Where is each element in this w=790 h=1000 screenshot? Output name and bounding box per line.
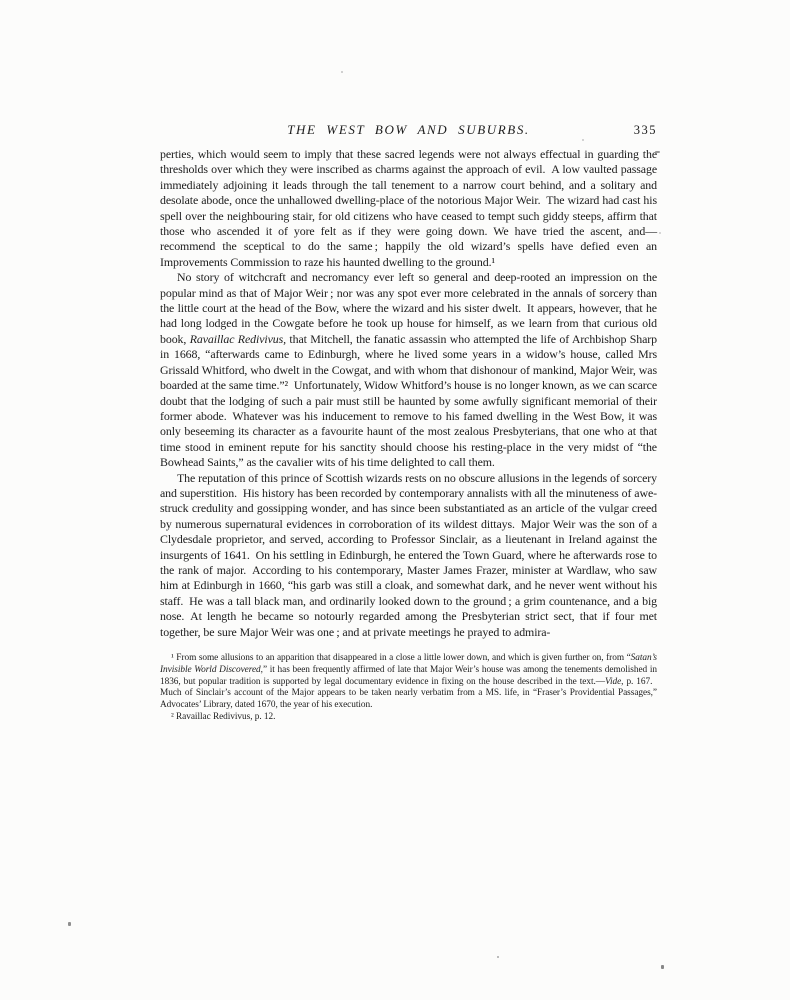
italic-text: Vide — [605, 677, 621, 687]
paragraph-2: No story of witchcraft and necromancy ev… — [160, 270, 657, 470]
italic-text: Ravaillac Redivivus, — [190, 332, 286, 346]
footnote-1: ¹ From some allusions to an apparition t… — [160, 653, 657, 712]
body-text: perties, which would seem to imply that … — [160, 147, 657, 640]
paragraph-1: perties, which would seem to imply that … — [160, 147, 657, 270]
text-run: The reputation of this prince of Scottis… — [160, 471, 657, 639]
running-title: THE WEST BOW AND SUBURBS. — [160, 122, 657, 138]
book-page-scan: THE WEST BOW AND SUBURBS. 335 perties, w… — [0, 0, 790, 1000]
scan-speck — [655, 151, 660, 153]
page-content: perties, which would seem to imply that … — [160, 147, 657, 724]
scan-speck — [341, 71, 343, 73]
text-run: ² Ravaillac Redivivus, p. 12. — [171, 712, 275, 722]
footnote-2: ² Ravaillac Redivivus, p. 12. — [160, 712, 657, 724]
footnotes-section: ¹ From some allusions to an apparition t… — [160, 653, 657, 724]
scan-speck — [661, 965, 664, 969]
page-number: 335 — [634, 123, 657, 138]
running-header: THE WEST BOW AND SUBURBS. 335 — [160, 122, 657, 140]
scan-speck — [582, 139, 584, 141]
scan-speck — [497, 956, 499, 958]
text-run: perties, which would seem to imply that … — [160, 147, 657, 269]
paragraph-3: The reputation of this prince of Scottis… — [160, 471, 657, 640]
text-run: that Mitchell, the fanatic assassin who … — [160, 332, 657, 469]
text-run: ¹ From some allusions to an apparition t… — [171, 653, 631, 663]
scan-speck — [659, 232, 661, 234]
scan-speck — [68, 922, 71, 926]
